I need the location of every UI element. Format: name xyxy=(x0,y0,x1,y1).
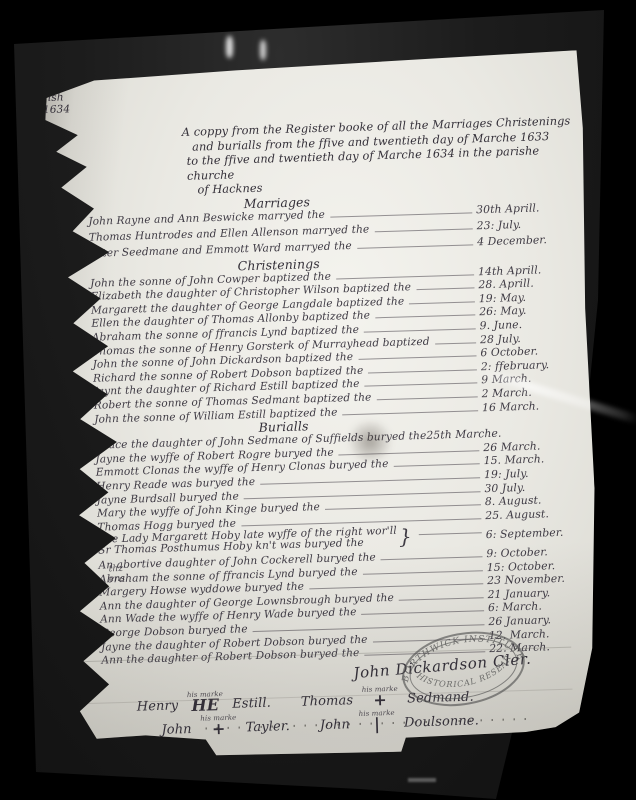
margin-note-line: thz xyxy=(109,564,125,574)
leader-line xyxy=(357,245,473,249)
parchment-page: knes rish 1634 A coppy from the Register… xyxy=(36,48,605,768)
his-marke-label: his marke xyxy=(359,710,395,718)
christenings-list: John the sonne of John Cowper baptized t… xyxy=(90,262,582,425)
leader-line xyxy=(363,570,483,575)
leader-line xyxy=(364,328,476,332)
leader-line xyxy=(416,288,474,291)
his-marke-label: his marke xyxy=(362,686,398,694)
margin-note-line: ens xyxy=(109,574,125,584)
photo-background: { "colors": { "background": "#000000", "… xyxy=(0,0,636,800)
leader-line xyxy=(376,396,477,400)
light-reflection xyxy=(260,40,266,60)
section-marriages: Marriages John Rayne and Ann Beswicke ma… xyxy=(88,187,578,260)
his-marke-label: his marke xyxy=(200,715,236,723)
brace-glyph: } xyxy=(399,525,413,549)
leader-line xyxy=(375,315,475,319)
light-reflection xyxy=(226,36,233,58)
leader-line xyxy=(409,301,475,304)
leader-line xyxy=(362,611,485,616)
signature-forename: John xyxy=(161,722,192,738)
margin-note-line: 1634 xyxy=(43,103,70,116)
mark-block: his marke + xyxy=(362,686,399,708)
leader-line xyxy=(435,342,476,344)
his-marke-label: his marke xyxy=(187,691,223,699)
leader-line xyxy=(399,597,484,601)
leader-line xyxy=(419,533,482,536)
leader-line xyxy=(374,228,472,232)
signature-mark: | xyxy=(374,717,380,731)
leader-line xyxy=(394,464,480,468)
leader-line xyxy=(330,212,472,217)
leader-line xyxy=(368,369,477,373)
entry-date: 6: September. xyxy=(486,525,586,541)
entry-date: 23: July. xyxy=(476,216,576,232)
entry-date: 30th Aprill. xyxy=(476,200,576,216)
margin-note-torn: thz ens xyxy=(109,564,126,584)
leader-line xyxy=(358,356,476,361)
section-christenings: Christenings John the sonne of John Cowp… xyxy=(90,249,583,425)
photo-artifact-dash xyxy=(408,778,436,782)
register-header: A coppy from the Register booke of all t… xyxy=(182,114,576,198)
entry-date: 4 December. xyxy=(477,233,577,249)
leader-line xyxy=(365,383,478,387)
mark-block: his marke HE xyxy=(187,691,224,713)
leader-line xyxy=(381,556,483,560)
